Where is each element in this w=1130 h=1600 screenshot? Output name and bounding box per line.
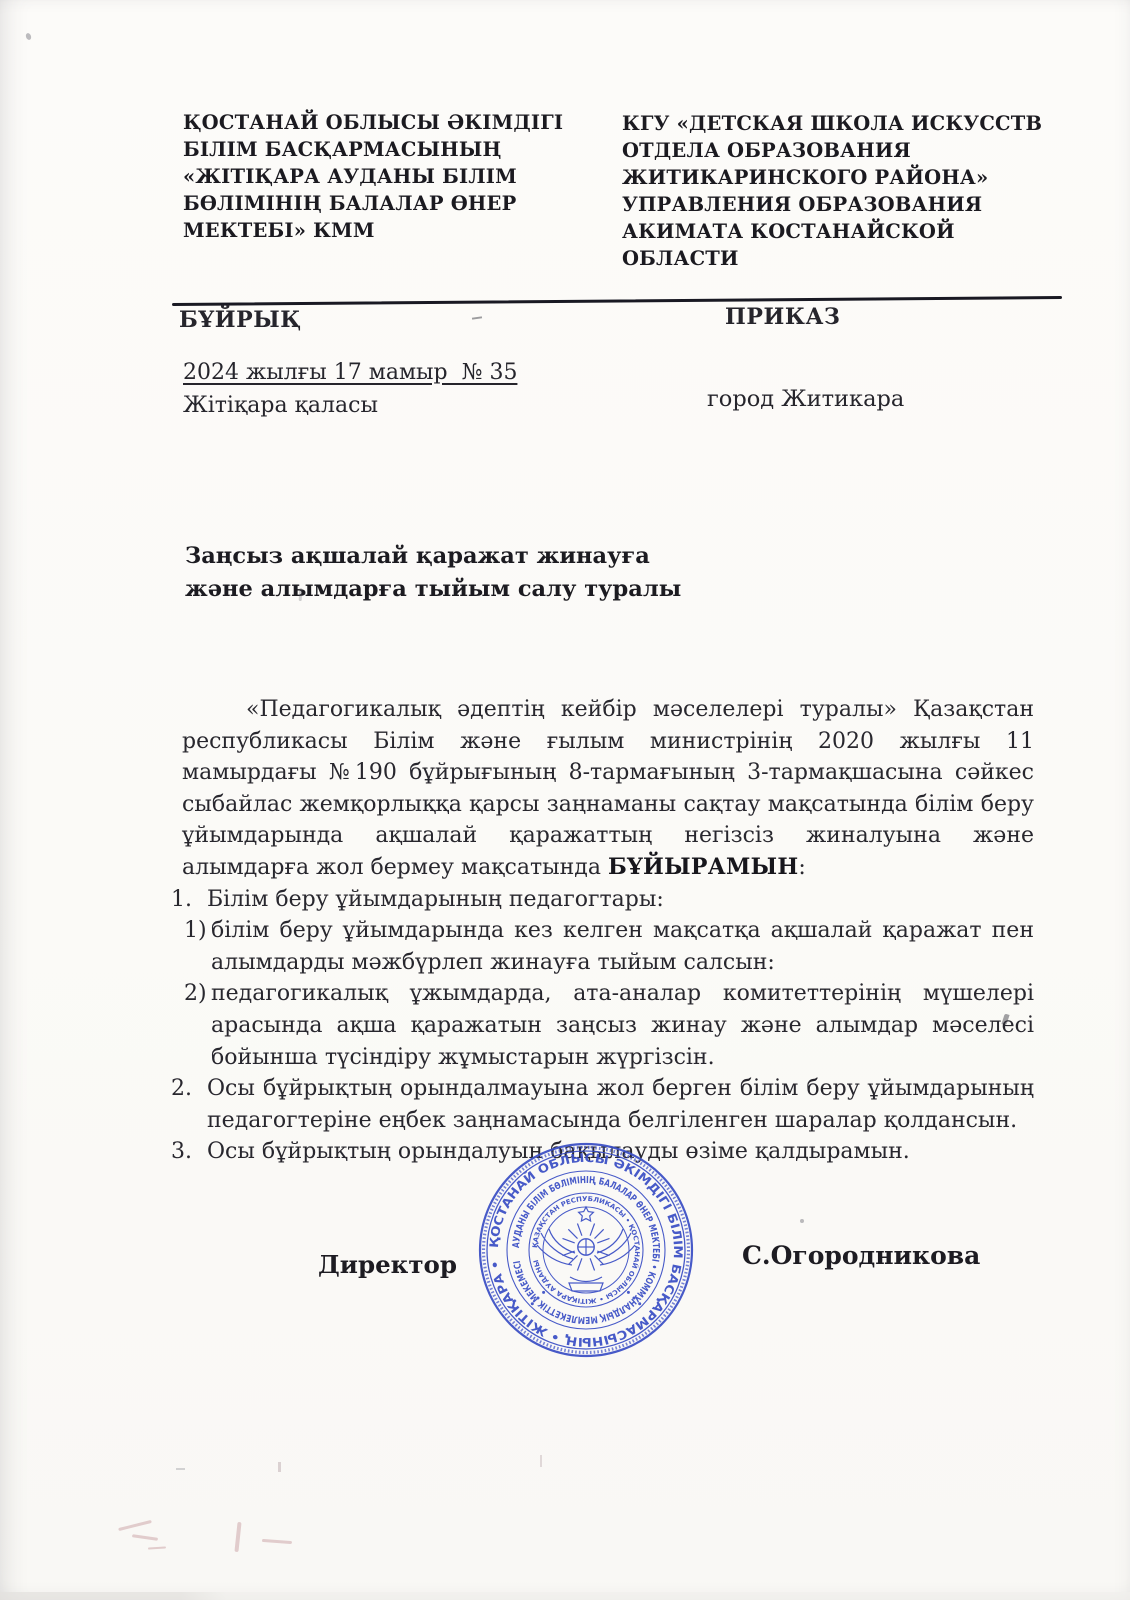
scanned-order-page: ҚОСТАНАЙ ОБЛЫСЫ ӘКІМДІГІ БІЛІМ БАСҚАРМАС… [0, 0, 1130, 1600]
intro-order-word: БҰЙЫРАМЫН [608, 854, 798, 880]
list-item: 2)педагогикалық ұжымдарда, ата-аналар ко… [182, 978, 1034, 1073]
list-item-text: педагогикалық ұжымдарда, ата-аналар коми… [211, 981, 1034, 1069]
pencil-smudge [234, 1522, 241, 1552]
signature-job-title: Директор [318, 1250, 457, 1279]
header-divider-line [172, 296, 1062, 306]
list-item: 1.Білім беру ұйымдарының педагогтары: [182, 884, 1034, 916]
order-subject: Заңсыз ақшалай қаражат жинауға және алым… [185, 540, 681, 606]
letterhead-russian: КГУ «ДЕТСКАЯ ШКОЛА ИСКУССТВ ОТДЕЛА ОБРАЗ… [622, 110, 1072, 272]
official-round-stamp: ҚОСТАНАЙ ОБЛЫСЫ ӘКІМДІГІ БІЛІМ БАСҚАРМАС… [477, 1141, 695, 1359]
order-place-ru: город Житикара [707, 386, 904, 412]
list-item-marker: 3. [171, 1136, 192, 1168]
order-heading-kk: БҰЙРЫҚ [179, 307, 302, 333]
order-place-kk: Жітіқара қаласы [183, 393, 378, 418]
emblem-banner [569, 1283, 603, 1291]
intro-text: «Педагогикалық әдептің кейбір мәселелері… [182, 697, 1034, 880]
pencil-smudge [278, 1462, 281, 1472]
order-date-number: 2024 жылғы 17 мамыр № 35 [183, 360, 517, 385]
letterhead-kazakh: ҚОСТАНАЙ ОБЛЫСЫ ӘКІМДІГІ БІЛІМ БАСҚАРМАС… [183, 109, 593, 244]
list-item-text: білім беру ұйымдарында кез келген мақсат… [211, 918, 1034, 975]
pencil-smudge [132, 1534, 158, 1541]
order-body: «Педагогикалық әдептің кейбір мәселелері… [182, 694, 1034, 1168]
scanner-edge-shadow [0, 1592, 1130, 1600]
pencil-smudge [176, 1468, 185, 1470]
list-item-marker: 1. [171, 884, 192, 916]
list-item-text: Осы бұйрықтың орындалмауына жол берген б… [207, 1076, 1034, 1133]
pencil-smudge [118, 1520, 152, 1531]
list-item-marker: 1) [184, 915, 207, 947]
scan-speck [472, 316, 482, 319]
signature-name: С.Огородникова [742, 1241, 980, 1270]
list-item-marker: 2. [171, 1073, 192, 1105]
scan-speck [25, 32, 32, 40]
list-item: 1)білім беру ұйымдарында кез келген мақс… [182, 915, 1034, 978]
pencil-smudge [540, 1455, 542, 1467]
intro-colon: : [798, 855, 805, 880]
order-heading-ru: ПРИКАЗ [725, 304, 841, 330]
intro-paragraph: «Педагогикалық әдептің кейбір мәселелері… [182, 694, 1034, 884]
scan-speck [800, 1219, 804, 1223]
list-item-marker: 2) [184, 978, 207, 1010]
list-item: 2.Осы бұйрықтың орындалмауына жол берген… [182, 1073, 1034, 1136]
pencil-smudge [148, 1546, 166, 1549]
kazakhstan-emblem-icon [537, 1207, 635, 1291]
pencil-smudge [262, 1539, 292, 1544]
list-item-text: Білім беру ұйымдарының педагогтары: [207, 887, 664, 912]
emblem-ribbon [570, 1277, 602, 1282]
emblem-star [579, 1207, 594, 1221]
